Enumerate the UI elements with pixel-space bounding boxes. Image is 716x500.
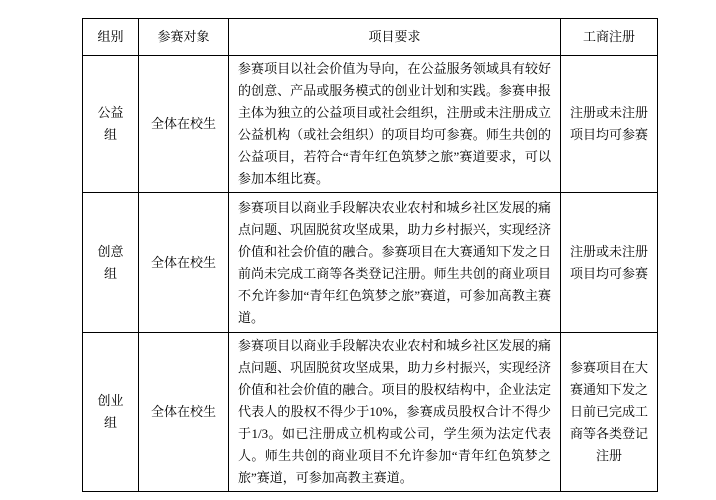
cell-requirements: 参赛项目以社会价值为导向，在公益服务领域具有较好的创意、产品或服务模式的创业计划…	[229, 56, 561, 193]
table-row-public-welfare-group: 公益组 全体在校生 参赛项目以社会价值为导向，在公益服务领域具有较好的创意、产品…	[83, 56, 658, 193]
table-row-creative-group: 创意组 全体在校生 参赛项目以商业手段解决农业农村和城乡社区发展的痛点问题、巩固…	[83, 193, 658, 333]
cell-registration: 注册或未注册项目均可参赛	[561, 193, 658, 333]
cell-group: 公益组	[83, 56, 139, 193]
competition-groups-table: 组别 参赛对象 项目要求 工商注册 公益组 全体在校生 参赛项目以社会价值为导向…	[82, 18, 658, 492]
cell-requirements: 参赛项目以商业手段解决农业农村和城乡社区发展的痛点问题、巩固脱贫攻坚成果，助力乡…	[229, 333, 561, 492]
cell-registration: 注册或未注册项目均可参赛	[561, 56, 658, 193]
table-row-entrepreneurship-group: 创业组 全体在校生 参赛项目以商业手段解决农业农村和城乡社区发展的痛点问题、巩固…	[83, 333, 658, 492]
header-participants: 参赛对象	[139, 19, 229, 56]
header-registration: 工商注册	[561, 19, 658, 56]
table-header-row: 组别 参赛对象 项目要求 工商注册	[83, 19, 658, 56]
cell-requirements: 参赛项目以商业手段解决农业农村和城乡社区发展的痛点问题、巩固脱贫攻坚成果，助力乡…	[229, 193, 561, 333]
cell-participants: 全体在校生	[139, 56, 229, 193]
header-group: 组别	[83, 19, 139, 56]
cell-participants: 全体在校生	[139, 333, 229, 492]
cell-group: 创意组	[83, 193, 139, 333]
cell-registration: 参赛项目在大赛通知下发之日前已完成工商等各类登记注册	[561, 333, 658, 492]
cell-group: 创业组	[83, 333, 139, 492]
header-requirements: 项目要求	[229, 19, 561, 56]
cell-participants: 全体在校生	[139, 193, 229, 333]
